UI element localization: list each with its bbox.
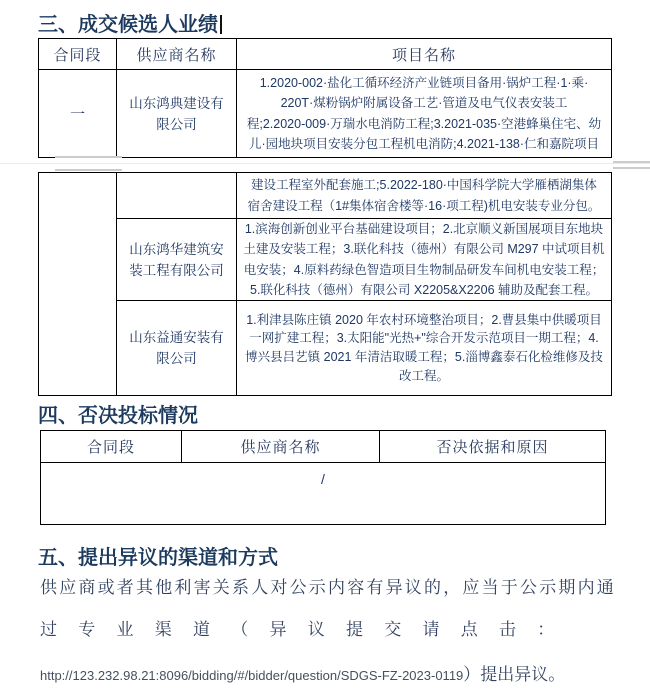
project-line: 1.2020-002·盐化工循环经济产业链项目备用·锅炉工程·1·乘· xyxy=(260,73,589,94)
cell-supplier-1: 山东鸿典建设有限公司 xyxy=(117,70,237,157)
cell-projects-3: 1.利津县陈庄镇 2020 年农村环境整治项目；2.曹县集中供暖项目 一网扩建工… xyxy=(237,301,611,395)
th-contract-segment: 合同段 xyxy=(39,39,117,70)
cell-rejection-empty: / xyxy=(41,463,605,524)
section-4-heading-text: 四、否决投标情况 xyxy=(38,405,198,427)
th-project-name: 项目名称 xyxy=(237,39,611,70)
page-break-mark xyxy=(55,169,122,171)
page-break-mark xyxy=(613,161,650,163)
objection-paragraph-line3-suffix: ）提出异议。 xyxy=(463,665,565,684)
cell-supplier-3: 山东益通安装有限公司 xyxy=(117,301,237,395)
project-line: 220T·煤粉锅炉附属设备工艺·管道及电气仪表安装工 xyxy=(281,93,568,114)
cell-projects-1-part1: 1.2020-002·盐化工循环经济产业链项目备用·锅炉工程·1·乘· 220T… xyxy=(237,70,611,157)
objection-paragraph-line2: 过 专 业 渠 道 （ 异 议 提 交 请 点 击 ： xyxy=(40,615,614,640)
objection-paragraph-line3: http://123.232.98.21:8096/bidding/#/bidd… xyxy=(40,660,614,685)
project-line: 土建及安装工程；3.联化科技（德州）有限公司 M297 中试项目机 xyxy=(243,239,604,260)
cell-contract-continued xyxy=(39,173,117,395)
rejected-bids-table: 合同段 供应商名称 否决依据和原因 / xyxy=(40,430,606,525)
th-supplier-name-2: 供应商名称 xyxy=(182,431,380,463)
page-break-line xyxy=(0,163,650,164)
section-3-heading: 三、成交候选人业绩 xyxy=(38,8,222,37)
project-line: 博兴县吕艺镇 2021 年清洁取暖工程；5.淄博鑫泰石化检维修及技 xyxy=(245,348,603,367)
cell-contract-1: 一 xyxy=(39,70,117,157)
section-3-heading-text: 三、成交候选人业绩 xyxy=(38,14,218,36)
th-contract-segment-2: 合同段 xyxy=(41,431,182,463)
th-rejection-reason: 否决依据和原因 xyxy=(380,431,605,463)
project-line: 程;2.2020-009·万瑞水电消防工程;3.2021-035·空港蜂巢住宅、… xyxy=(247,114,601,135)
cell-projects-1-part2: 建设工程室外配套施工;5.2022-180·中国科学院大学雁栖湖集体 宿舍建设工… xyxy=(237,173,611,219)
project-line: 改工程。 xyxy=(399,367,449,386)
project-line: 一网扩建工程；3.太阳能"光热+"综合开发示范项目一期工程；4. xyxy=(249,329,599,348)
section-4-heading: 四、否决投标情况 xyxy=(38,399,198,428)
project-line: 1.滨海创新创业平台基础建设项目；2.北京顺义新国展项目东地块 xyxy=(245,219,603,239)
cell-projects-2: 1.滨海创新创业平台基础建设项目；2.北京顺义新国展项目东地块 土建及安装工程；… xyxy=(237,219,611,301)
project-line: 1.利津县陈庄镇 2020 年农村环境整治项目；2.曹县集中供暖项目 xyxy=(246,311,602,330)
objection-paragraph-line1: 供应商或者其他利害关系人对公示内容有异议的，应当于公示期内通 xyxy=(40,573,614,598)
project-line: 宿舍建设工程（1#集体宿舍楼等·16·项工程)机电安装专业分包。 xyxy=(248,196,601,217)
performance-table-page2: 建设工程室外配套施工;5.2022-180·中国科学院大学雁栖湖集体 宿舍建设工… xyxy=(38,172,612,396)
project-line: 5.联化科技（德州）有限公司 X2205&X2206 辅助及配套工程。 xyxy=(250,280,598,301)
section-5-heading: 五、提出异议的渠道和方式 xyxy=(38,541,278,570)
section-5-heading-text: 五、提出异议的渠道和方式 xyxy=(38,547,278,569)
th-supplier-name: 供应商名称 xyxy=(117,39,237,70)
document-page: 三、成交候选人业绩 合同段 供应商名称 项目名称 一 山东鸿典建设有限公司 1.… xyxy=(0,0,650,693)
cell-supplier-1-continued xyxy=(117,173,237,219)
project-line: 儿·园地块项目安装分包工程机电消防;4.2021-138·仁和嘉院项目 xyxy=(249,134,599,155)
text-cursor xyxy=(220,15,222,34)
cell-supplier-2: 山东鸿华建筑安装工程有限公司 xyxy=(117,219,237,301)
page-break-mark xyxy=(55,156,122,158)
objection-url-link[interactable]: http://123.232.98.21:8096/bidding/#/bidd… xyxy=(40,668,463,683)
project-line: 电安装；4.原料药绿色智造项目生物制品研发车间机电安装工程； xyxy=(244,260,604,281)
project-line: 建设工程室外配套施工;5.2022-180·中国科学院大学雁栖湖集体 xyxy=(251,175,597,196)
page-break-mark xyxy=(613,167,650,169)
performance-table-page1: 合同段 供应商名称 项目名称 一 山东鸿典建设有限公司 1.2020-002·盐… xyxy=(38,38,612,158)
